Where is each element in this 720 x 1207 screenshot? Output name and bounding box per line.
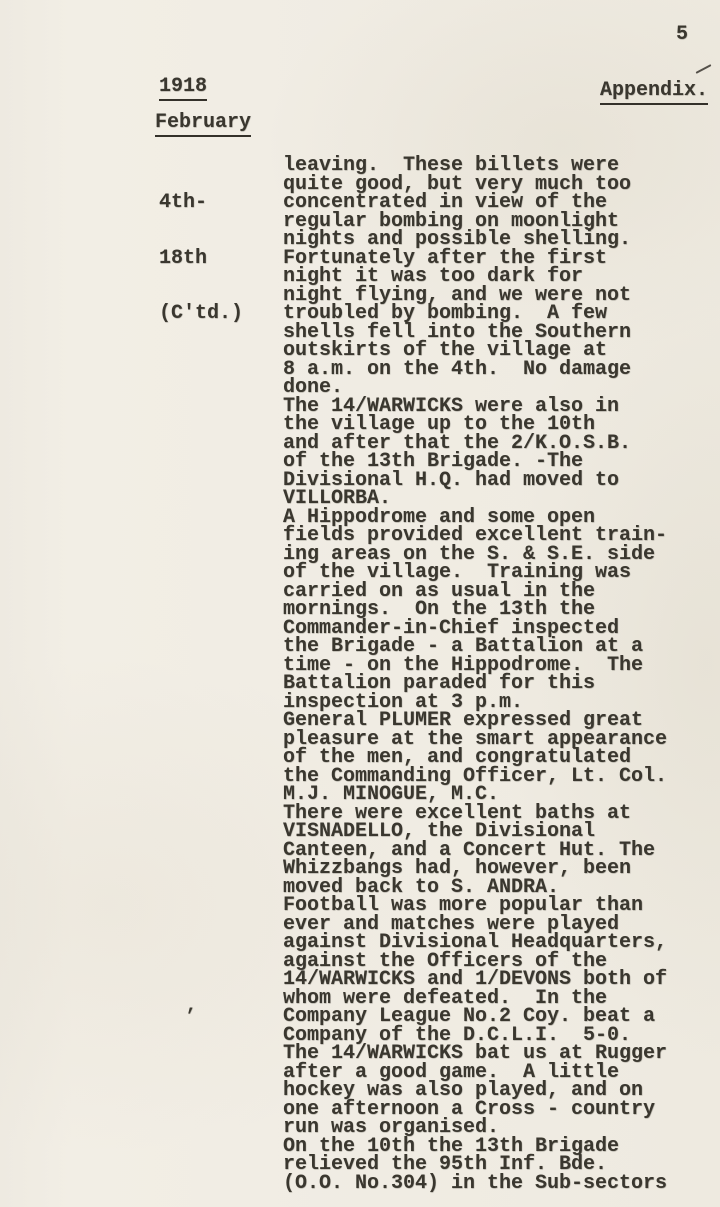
pen-tick-mark <box>696 64 712 74</box>
appendix-heading: Appendix. <box>600 81 708 105</box>
margin-date-note: 4th- 18th (C'td.) <box>159 157 243 361</box>
document-page: 5 1918 Appendix. February 4th- 18th (C't… <box>0 0 720 1207</box>
margin-note-line: (C'td.) <box>159 305 243 324</box>
stray-ink-mark: , <box>186 997 197 1015</box>
year-heading: 1918 <box>159 77 207 101</box>
page-number: 5 <box>676 25 688 45</box>
body-line: (O.O. No.304) in the Sub-sectors <box>283 1175 667 1194</box>
margin-note-line: 4th- <box>159 194 243 213</box>
margin-note-line: 18th <box>159 250 243 269</box>
diary-body-text: leaving. These billets werequite good, b… <box>283 157 667 1193</box>
month-heading: February <box>155 113 251 137</box>
